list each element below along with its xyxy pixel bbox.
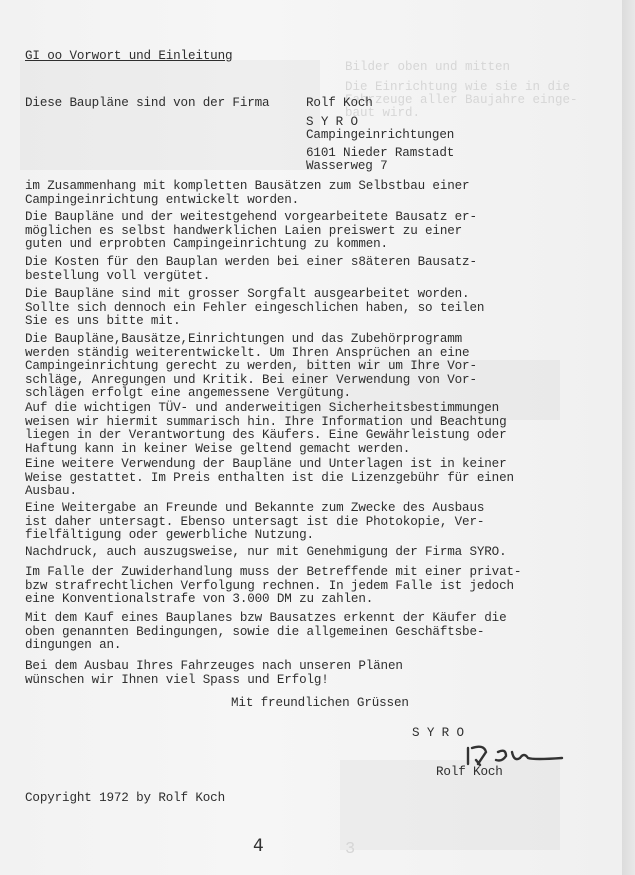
address-line: Wasserweg 7 [306,160,387,174]
bleed-through-block [20,60,320,170]
paragraph-line: Sollte sich dennoch ein Fehler eingeschl… [25,302,484,316]
paragraph-line: Auf die wichtigen TÜV- und anderweitigen… [25,402,499,416]
paragraph-line: oben genannten Bedingungen, sowie die al… [25,626,484,640]
handwritten-signature [462,740,572,768]
paragraph-line: Im Falle der Zuwiderhandlung muss der Be… [25,566,521,580]
bleed-through-text: Fahrzeuge aller Baujahre einge- [345,93,578,107]
paragraph-line: Nachdruck, auch auszugsweise, nur mit Ge… [25,546,507,560]
bleed-through-text: Bilder oben und mitten [345,60,510,74]
intro-text: Diese Baupläne sind von der Firma [25,97,269,111]
paragraph-line: guten und erprobten Campingeinrichtung z… [25,238,388,252]
paragraph-line: dingungen an. [25,639,121,653]
paragraph-line: Bei dem Ausbau Ihres Fahrzeuges nach uns… [25,660,403,674]
paragraph-line: möglichen es selbst handwerklichen Laien… [25,225,462,239]
paragraph-line: werden ständig weiterentwickelt. Um Ihre… [25,347,469,361]
paragraph-line: Sie es uns bitte mit. [25,315,181,329]
address-line: Rolf Koch [306,97,373,111]
paragraph-line: Eine weitere Verwendung der Baupläne und… [25,458,507,472]
page-heading: GI oo Vorwort und Einleitung [25,50,232,64]
paragraph-line: Die Kosten für den Bauplan werden bei ei… [25,256,477,270]
signature-name: Rolf Koch [436,766,503,780]
paragraph-line: Die Baupläne und der weitestgehend vorge… [25,211,477,225]
paragraph-line: schläge, Anregungen und Kritik. Bei eine… [25,374,477,388]
bleed-through-text: Die Einrichtung wie sie in die [345,80,570,94]
paragraph-line: schlägen erfolgt eine angemessene Vergüt… [25,387,351,401]
paragraph-line: Eine Weitergabe an Freunde und Bekannte … [25,502,484,516]
paragraph-line: bestellung voll vergütet. [25,270,210,284]
paragraph-line: liegen in der Verantwortung des Käufers.… [25,429,507,443]
closing-company: S Y R O [412,727,464,741]
paragraph-line: Mit dem Kauf eines Bauplanes bzw Bausatz… [25,612,507,626]
paragraph-line: Campingeinrichtung gerecht zu werden, bi… [25,360,477,374]
address-line: Campingeinrichtungen [306,129,454,143]
paragraph-line: Haftung kann in keiner Weise geltend gem… [25,443,410,457]
paragraph-line: eine Konventionalstrafe von 3.000 DM zu … [25,593,373,607]
copyright-notice: Copyright 1972 by Rolf Koch [25,792,225,806]
paragraph-line: Die Baupläne sind mit grosser Sorgfalt a… [25,288,469,302]
document-page: Bilder oben und mitten Die Einrichtung w… [0,0,622,875]
paragraph-line: Die Baupläne,Bausätze,Einrichtungen und … [25,333,462,347]
paragraph-line: fielfältigung oder gewerbliche Nutzung. [25,529,314,543]
closing-greeting: Mit freundlichen Grüssen [231,697,409,711]
paragraph-line: Campingeinrichtung entwickelt worden. [25,194,299,208]
paragraph-line: wünschen wir Ihnen viel Spass und Erfolg… [25,674,329,688]
paragraph-line: weisen wir hiermit summarisch hin. Ihre … [25,416,507,430]
paragraph-line: Weise gestattet. Im Preis enthalten ist … [25,472,514,486]
paragraph-line: im Zusammenhang mit kompletten Bausätzen… [25,180,469,194]
paragraph-line: bzw strafrechtlichen Verfolgung rechnen.… [25,580,514,594]
page-edge [622,0,635,875]
page-number: 4 [253,840,264,854]
bleed-through-page-number: 3 [345,840,355,859]
paragraph-line: ist daher untersagt. Ebenso untersagt is… [25,516,484,530]
paragraph-line: Ausbau. [25,485,77,499]
